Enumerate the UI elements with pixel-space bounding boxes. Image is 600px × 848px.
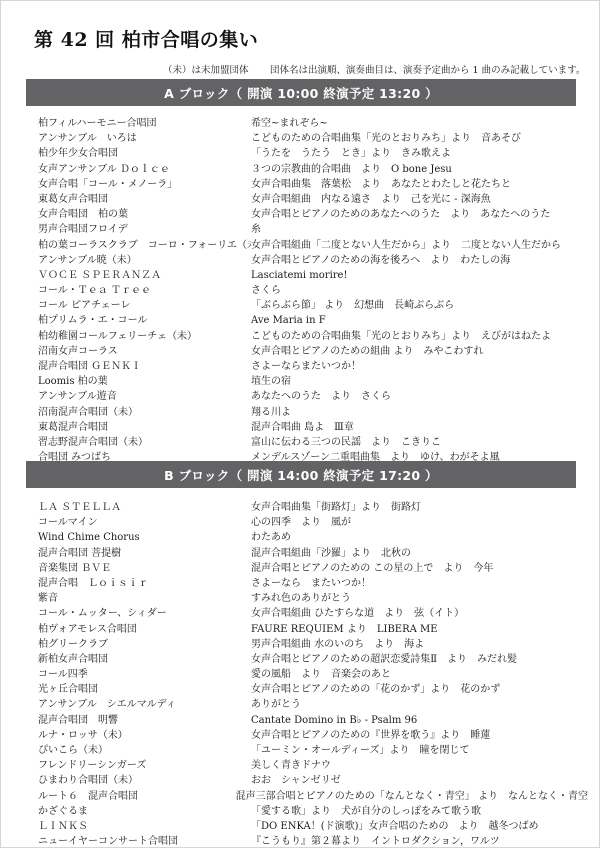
program-row: 混声合唱 Ｌｏｉｓｉｒさよーなら またいつか！ [38, 576, 588, 591]
choir-name: 混声合唱団 明響 [38, 713, 251, 728]
program-row: 女声合唱「コール・メノーラ」女声合唱曲集 落葉松 より あなたとわたしと花たちと [38, 177, 588, 192]
song-title: 男声合唱組曲 水のいのち より 海よ [251, 637, 588, 652]
program-row: 柏プリムラ・エ・コールAve Maria in F [38, 313, 588, 328]
choir-name: Wind Chime Chorus [38, 530, 251, 545]
song-title: わたあめ [251, 530, 588, 545]
program-row: 混声合唱団 菩提樹混声合唱組曲「沙羅」より 北秋の [38, 546, 588, 561]
program-row: Loomis 柏の葉埴生の宿 [38, 374, 588, 389]
program-row: 音楽集団 ＢＶＥ混声合唱とピアノのための この星の上で より 今年 [38, 561, 588, 576]
choir-name: コール四季 [38, 667, 251, 682]
program-row: 習志野混声合唱団（未）富山に伝わる三つの民謡 より こきりこ [38, 435, 588, 450]
program-row: コール四季愛の風船 より 音楽会のあと [38, 667, 588, 682]
program-row: Wind Chime Chorusわたあめ [38, 530, 588, 545]
choir-name: 柏ヴォアモレス合唱団 [38, 622, 251, 637]
program-row: アンサンブル暁（未）女声合唱とピアノのための海を後ろへ より わたしの海 [38, 253, 588, 268]
choir-name: 柏グリークラブ [38, 637, 251, 652]
song-title: 心の四季 より 風が [251, 515, 588, 530]
choir-name: 沼南女声コーラス [38, 344, 251, 359]
program-row: 柏幼稚園コールフェリーチェ（未）こどものための合唱曲集「光のとおりみち」より え… [38, 329, 588, 344]
choir-name: アンサンブル シエルマルディ [38, 697, 251, 712]
choir-name: フレンドリーシンガーズ [38, 758, 251, 773]
song-title: 糸 [251, 222, 588, 237]
choir-name: ぴいこら（未） [38, 743, 251, 758]
choir-name: 女声アンサンブル Ｄｏｌｃｅ [38, 162, 251, 177]
program-row: アンサンブル シエルマルディありがとう [38, 697, 588, 712]
song-title: 混声三部合唱とピアノのための「なんとなく・青空」 より なんとなく・青空 [236, 789, 588, 804]
program-row: 柏グリークラブ男声合唱組曲 水のいのち より 海よ [38, 637, 588, 652]
program-row: アンサンブル遊音あなたへのうた より さくら [38, 389, 588, 404]
song-title: ３つの宗教曲的合唱曲 より O bone Jesu [251, 162, 588, 177]
song-title: 女声合唱とピアノのための『世界を歌う』より 睡蓮 [251, 728, 588, 743]
song-title: 希空~まれぞら~ [251, 116, 588, 131]
song-title: 富山に伝わる三つの民謡 より こきりこ [251, 435, 588, 450]
song-title: 「ユーミン・オールディーズ」より 瞳を閉じて [251, 743, 588, 758]
choir-name: コール・Ｔｅａ Ｔｒｅｅ [38, 283, 251, 298]
choir-name: 柏プリムラ・エ・コール [38, 313, 251, 328]
choir-name: 柏幼稚園コールフェリーチェ（未） [38, 329, 251, 344]
song-title: 「うたを うたう とき」より きみ歌えよ [251, 146, 588, 161]
choir-name: かざぐるま [38, 804, 251, 819]
song-title: 「愛する歌」より 犬が自分のしっぽをみて歌う歌 [251, 804, 588, 819]
program-row: コールマイン心の四季 より 風が [38, 515, 588, 530]
choir-name: ＬＡ ＳＴＥＬＬＡ [38, 500, 251, 515]
choir-name: 音楽集団 ＢＶＥ [38, 561, 251, 576]
choir-name: 柏少年少女合唱団 [38, 146, 251, 161]
song-title: 女声合唱組曲「二度とない人生だから」より 二度とない人生だから [251, 238, 588, 253]
choir-name: 習志野混声合唱団（未） [38, 435, 251, 450]
song-title: 女声合唱とピアノのための「花のかず」より 花のかず [251, 682, 588, 697]
song-title: こどものための合唱曲集「光のとおりみち」より えびがはねたよ [251, 329, 588, 344]
choir-name: 沼南混声合唱団（未） [38, 405, 251, 420]
choir-name: ニューイヤーコンサート合唱団 [38, 834, 251, 848]
song-title: 『こうもり』第２幕より イントロダクション，ワルツ [251, 834, 588, 848]
program-row: コール ピアチェーレ「ぶらぶら節」 より 幻想曲 長崎ぶらぶら [38, 298, 588, 313]
program-row: 沼南女声コーラス女声合唱とピアノのための組曲 より みやこわすれ [38, 344, 588, 359]
program-row: ＬＡ ＳＴＥＬＬＡ女声合唱曲集「街路灯」より 街路灯 [38, 500, 588, 515]
note-performance-order: 団体名は出演順、演奏曲目は、演奏予定曲から 1 曲のみ記載しています。 [270, 62, 585, 76]
choir-name: アンサンブル遊音 [38, 389, 251, 404]
choir-name: 東葛女声合唱団 [38, 192, 251, 207]
choir-name: 女声合唱団 柏の葉 [38, 207, 251, 222]
program-row: ぴいこら（未）「ユーミン・オールディーズ」より 瞳を閉じて [38, 743, 588, 758]
song-title: Lasciatemi morire! [251, 268, 588, 283]
song-title: こどものための合唱曲集「光のとおりみち」より 音あそび [251, 131, 588, 146]
program-row: 混声合唱団 明響Cantate Domino in B♭ - Psalm 96 [38, 713, 588, 728]
block-b-header: B ブロック（ 開演 14:00 終演予定 17:20 ） [26, 461, 576, 488]
song-title: おお シャンゼリゼ [251, 773, 588, 788]
program-row: ＶＯＣＥ ＳＰＥＲＡＮＺＡLasciatemi morire! [38, 268, 588, 283]
song-title: 女声合唱組曲 ひたすらな道 より 弦（イト） [251, 606, 588, 621]
song-title: Ave Maria in F [251, 313, 588, 328]
program-row: 女声アンサンブル Ｄｏｌｃｅ３つの宗教曲的合唱曲 より O bone Jesu [38, 162, 588, 177]
block-a-header: A ブロック（ 開演 10:00 終演予定 13:20 ） [26, 79, 576, 106]
choir-name: ＬＩＮＫＳ [38, 819, 251, 834]
song-title: すみれ色のありがとう [251, 591, 588, 606]
program-row: 男声合唱団フロイデ糸 [38, 222, 588, 237]
program-row: フレンドリーシンガーズ美しく青きドナウ [38, 758, 588, 773]
song-title: 女声合唱とピアノのための組曲 より みやこわすれ [251, 344, 588, 359]
program-row: ＬＩＮＫＳ「DO ENKA！(ド演歌)」女声合唱のための より 越冬つばめ [38, 819, 588, 834]
program-row: ルート６ 混声合唱団混声三部合唱とピアノのための「なんとなく・青空」 より なん… [38, 789, 588, 804]
program-row: ルナ・ロッサ（未）女声合唱とピアノのための『世界を歌う』より 睡蓮 [38, 728, 588, 743]
choir-name: 混声合唱団 ＧＥＮＫＩ [38, 359, 251, 374]
choir-name: ルート６ 混声合唱団 [38, 789, 236, 804]
program-row: 東葛女声合唱団女声合唱組曲 内なる遠さ より 己を光に - 深海魚 [38, 192, 588, 207]
program-row: 沼南混声合唱団（未）翔る川よ [38, 405, 588, 420]
song-title: 美しく青きドナウ [251, 758, 588, 773]
choir-name: 混声合唱団 菩提樹 [38, 546, 251, 561]
song-title: 「DO ENKA！(ド演歌)」女声合唱のための より 越冬つばめ [251, 819, 588, 834]
song-title: 混声合唱とピアノのための この星の上で より 今年 [251, 561, 588, 576]
choir-name: アンサンブル暁（未） [38, 253, 251, 268]
choir-name: 紫音 [38, 591, 251, 606]
song-title: 愛の風船 より 音楽会のあと [251, 667, 588, 682]
choir-name: 柏の葉コーラスクラブ コーロ・フォーリエ（未） [38, 238, 251, 253]
program-row: 光ヶ丘合唱団女声合唱とピアノのための「花のかず」より 花のかず [38, 682, 588, 697]
program-row: 柏フィルハーモニー合唱団希空~まれぞら~ [38, 116, 588, 131]
program-row: 混声合唱団 ＧＥＮＫＩさよーならまたいつか！ [38, 359, 588, 374]
choir-name: 混声合唱 Ｌｏｉｓｉｒ [38, 576, 251, 591]
song-title: 女声合唱とピアノのための超訳恋愛詩集Ⅱ より みだれ髪 [251, 652, 588, 667]
program-row: 柏の葉コーラスクラブ コーロ・フォーリエ（未）女声合唱組曲「二度とない人生だから… [38, 238, 588, 253]
song-title: 女声合唱とピアノのための海を後ろへ より わたしの海 [251, 253, 588, 268]
choir-name: ひまわり合唱団（未） [38, 773, 251, 788]
song-title: 混声合唱曲 島よ Ⅲ章 [251, 420, 588, 435]
block-a-program-list: 柏フィルハーモニー合唱団希空~まれぞら~アンサンブル いろはこどものための合唱曲… [38, 116, 588, 465]
choir-name: 新柏女声合唱団 [38, 652, 251, 667]
block-b-program-list: ＬＡ ＳＴＥＬＬＡ女声合唱曲集「街路灯」より 街路灯コールマイン心の四季 より … [38, 500, 588, 848]
choir-name: 女声合唱「コール・メノーラ」 [38, 177, 251, 192]
song-title: Cantate Domino in B♭ - Psalm 96 [251, 713, 588, 728]
program-row: アンサンブル いろはこどものための合唱曲集「光のとおりみち」より 音あそび [38, 131, 588, 146]
program-row: ニューイヤーコンサート合唱団『こうもり』第２幕より イントロダクション，ワルツ [38, 834, 588, 848]
choir-name: コール・ムッター、シィダー [38, 606, 251, 621]
song-title: 混声合唱組曲「沙羅」より 北秋の [251, 546, 588, 561]
document-title: 第 42 回 柏市合唱の集い [34, 25, 258, 52]
choir-name: 光ヶ丘合唱団 [38, 682, 251, 697]
song-title: さよーなら またいつか！ [251, 576, 588, 591]
program-row: 新柏女声合唱団女声合唱とピアノのための超訳恋愛詩集Ⅱ より みだれ髪 [38, 652, 588, 667]
program-row: 東葛混声合唱団混声合唱曲 島よ Ⅲ章 [38, 420, 588, 435]
choir-name: アンサンブル いろは [38, 131, 251, 146]
choir-name: コール ピアチェーレ [38, 298, 251, 313]
note-unaffiliated: （未）は未加盟団体 [163, 62, 249, 76]
program-row: 柏ヴォアモレス合唱団FAURE REQUIEM より LIBERA ME [38, 622, 588, 637]
song-title: あなたへのうた より さくら [251, 389, 588, 404]
choir-name: ＶＯＣＥ ＳＰＥＲＡＮＺＡ [38, 268, 251, 283]
program-row: コール・ムッター、シィダー女声合唱組曲 ひたすらな道 より 弦（イト） [38, 606, 588, 621]
program-row: コール・Ｔｅａ Ｔｒｅｅさくら [38, 283, 588, 298]
choir-name: 東葛混声合唱団 [38, 420, 251, 435]
song-title: さくら [251, 283, 588, 298]
song-title: さよーならまたいつか！ [251, 359, 588, 374]
song-title: 女声合唱曲集「街路灯」より 街路灯 [251, 500, 588, 515]
program-row: 柏少年少女合唱団「うたを うたう とき」より きみ歌えよ [38, 146, 588, 161]
choir-name: ルナ・ロッサ（未） [38, 728, 251, 743]
song-title: 女声合唱曲集 落葉松 より あなたとわたしと花たちと [251, 177, 588, 192]
song-title: ありがとう [251, 697, 588, 712]
song-title: 翔る川よ [251, 405, 588, 420]
song-title: FAURE REQUIEM より LIBERA ME [251, 622, 588, 637]
program-row: 女声合唱団 柏の葉女声合唱とピアノのためのあなたへのうた より あなたへのうた [38, 207, 588, 222]
choir-name: コールマイン [38, 515, 251, 530]
choir-name: Loomis 柏の葉 [38, 374, 251, 389]
program-row: かざぐるま「愛する歌」より 犬が自分のしっぽをみて歌う歌 [38, 804, 588, 819]
choir-name: 柏フィルハーモニー合唱団 [38, 116, 251, 131]
song-title: 埴生の宿 [251, 374, 588, 389]
program-row: ひまわり合唱団（未）おお シャンゼリゼ [38, 773, 588, 788]
song-title: 女声合唱組曲 内なる遠さ より 己を光に - 深海魚 [251, 192, 588, 207]
program-row: 紫音すみれ色のありがとう [38, 591, 588, 606]
song-title: 女声合唱とピアノのためのあなたへのうた より あなたへのうた [251, 207, 588, 222]
song-title: 「ぶらぶら節」 より 幻想曲 長崎ぶらぶら [251, 298, 588, 313]
choir-name: 男声合唱団フロイデ [38, 222, 251, 237]
